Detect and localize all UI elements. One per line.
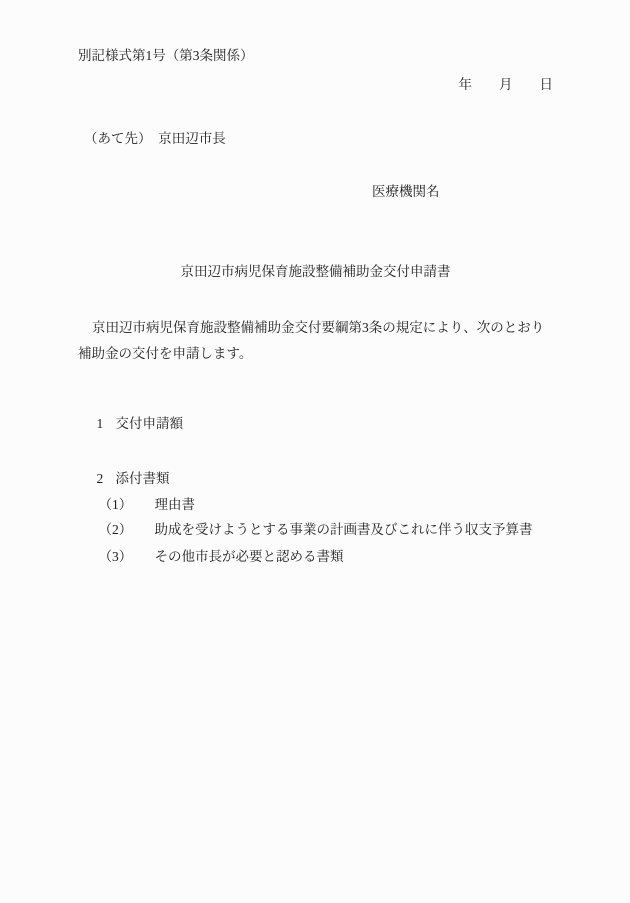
document-page: 別記様式第1号（第3条関係） 年 月 日 （あて先） 京田辺市長 医療機関名 京… [0,0,630,903]
attachment-3-label: その他市長が必要と認める書類 [155,549,344,564]
item-application-amount: 1交付申請額 [83,400,183,448]
form-number: 別記様式第1号（第3条関係） [78,48,254,64]
document-title: 京田辺市病児保育施設整備補助金交付申請書 [78,264,553,280]
body-paragraph-line-2: 補助金の交付を申請します。 [78,346,252,362]
attachment-3: （3）その他市長が必要と認める書類 [85,533,344,581]
item-1-label: 交付申請額 [116,416,184,431]
medical-institution-label: 医療機関名 [372,184,440,200]
addressee: （あて先） 京田辺市長 [84,131,226,147]
item-1-number: 1 [97,416,116,432]
body-paragraph-line-1: 京田辺市病児保育施設整備補助金交付要綱第3条の規定により、次のとおり [78,320,544,336]
date-line: 年 月 日 [459,77,554,93]
attachment-3-number: （3） [99,549,155,565]
